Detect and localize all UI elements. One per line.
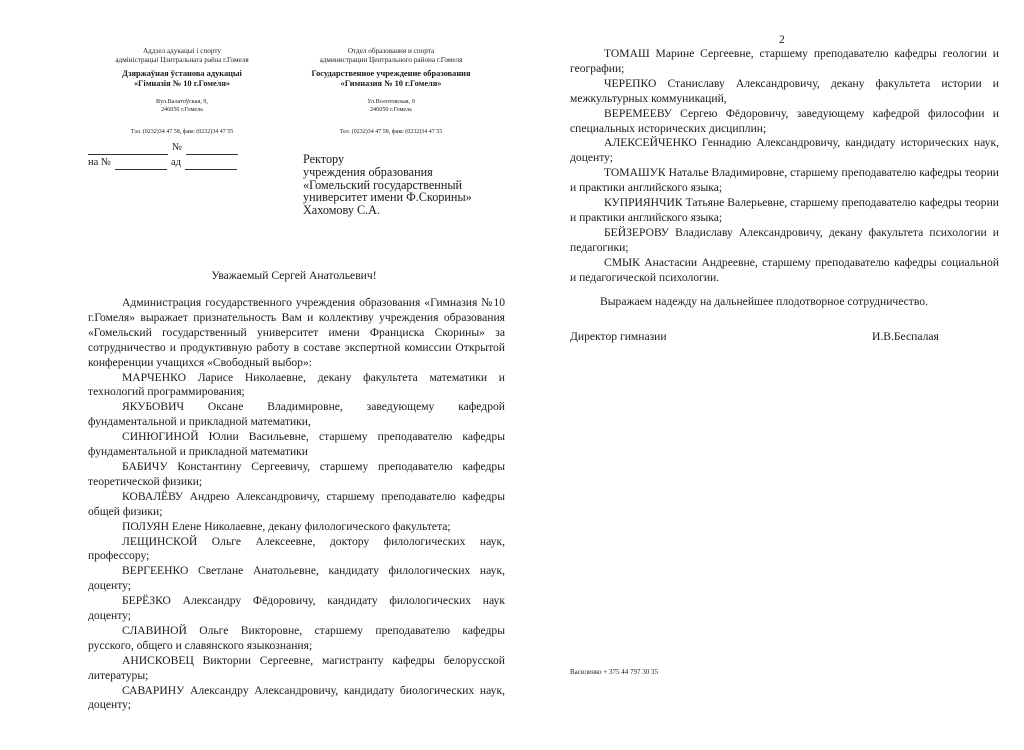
executor-contact: Василенко + 375 44 797 30 35	[570, 668, 658, 676]
recipient-item: САВАРИНУ Александру Александровичу, канд…	[88, 684, 505, 714]
recipient-item: ВЕРЕМЕЕВУ Сергею Фёдоровичу, заведующему…	[570, 107, 999, 137]
phone-by: Тэл. (0232)34 47 58, факс (0232)34 47 55	[82, 128, 282, 136]
signatory-title: Директор гимназии	[570, 330, 667, 343]
signatory-name: И.В.Беспалая	[872, 330, 939, 343]
recipient-item: ЛЕЩИНСКОЙ Ольге Алексеевне, доктору фило…	[88, 535, 505, 565]
letter-page-1: Аддзел адукацыі і спорту адміністрацыі Ц…	[0, 0, 512, 750]
recipient-item: СИНЮГИНОЙ Юлии Васильевне, старшему преп…	[88, 430, 505, 460]
letterhead-belarusian: Аддзел адукацыі і спорту адміністрацыі Ц…	[82, 47, 282, 136]
address-by: Вул.Валатоўская, 9, 246050 г.Гомель	[82, 98, 282, 114]
recipient-item: КУПРИЯНЧИК Татьяне Валерьевне, старшему …	[570, 196, 999, 226]
ref-number-blank	[115, 158, 167, 170]
recipient-item: ТОМАШУК Наталье Владимировне, старшему п…	[570, 166, 999, 196]
recipient-item: БЕРЁЗКО Александру Фёдоровичу, кандидату…	[88, 594, 505, 624]
department-name-ru: Отдел образования и спорта администрации…	[291, 47, 491, 66]
recipient-item: БЕЙЗЕРОВУ Владиславу Александровичу, дек…	[570, 226, 999, 256]
ref-from-label: ад	[171, 155, 181, 170]
letter-body-page-2: ТОМАШ Марине Сергеевне, старшему препода…	[570, 47, 999, 286]
institution-name-by: Дзяржаўная ўстанова адукацыі «Гімназія №…	[82, 69, 282, 90]
recipient-item: МАРЧЕНКО Ларисе Николаевне, декану факул…	[88, 371, 505, 401]
salutation: Уважаемый Сергей Анатольевич!	[82, 269, 506, 282]
recipient-item: ВЕРГЕЕНКО Светлане Анатольевне, кандидат…	[88, 564, 505, 594]
page-number: 2	[779, 33, 785, 46]
reference-number-row: на № ад	[88, 155, 248, 170]
recipient-item: АНИСКОВЕЦ Виктории Сергеевне, магистрант…	[88, 654, 505, 684]
recipient-item: ПОЛУЯН Елене Николаевне, декану филологи…	[88, 520, 505, 535]
date-blank	[88, 143, 168, 155]
recipient-item: ТОМАШ Марине Сергеевне, старшему препода…	[570, 47, 999, 77]
letterhead-russian: Отдел образования и спорта администрации…	[291, 47, 491, 136]
phone-ru: Тел. (0232)34 47 58, факс (0232)34 47 55	[291, 128, 491, 136]
recipient-item: КОВАЛЁВУ Андрею Александровичу, старшему…	[88, 490, 505, 520]
recipient-item: ЧЕРЕПКО Станиславу Александровичу, декан…	[570, 77, 999, 107]
number-blank	[186, 143, 238, 155]
recipient-item: БАБИЧУ Константину Сергеевичу, старшему …	[88, 460, 505, 490]
outgoing-number-row: №	[88, 140, 248, 155]
ref-prefix-label: на №	[88, 155, 111, 170]
address-ru: Ул.Волотовская, 9 246050 г.Гомель	[291, 98, 491, 114]
ref-date-blank	[185, 158, 237, 170]
recipient-item: СЛАВИНОЙ Ольге Викторовне, старшему преп…	[88, 624, 505, 654]
number-label: №	[172, 140, 182, 155]
addressee-block: Ректору учреждения образования «Гомельск…	[303, 153, 472, 217]
institution-name-ru: Государственное учреждение образования «…	[291, 69, 491, 90]
department-name-by: Аддзел адукацыі і спорту адміністрацыі Ц…	[82, 47, 282, 66]
recipient-item: ЯКУБОВИЧ Оксане Владимировне, заведующем…	[88, 400, 505, 430]
intro-paragraph: Администрация государственного учреждени…	[88, 296, 505, 371]
registration-fields: № на № ад	[88, 140, 248, 170]
recipient-item: СМЫК Анастасии Андреевне, старшему препо…	[570, 256, 999, 286]
closing-sentence: Выражаем надежду на дальнейшее плодотвор…	[570, 295, 999, 308]
letter-body-page-1: Администрация государственного учреждени…	[88, 296, 505, 713]
recipient-item: АЛЕКСЕЙЧЕНКО Геннадию Александровичу, ка…	[570, 136, 999, 166]
